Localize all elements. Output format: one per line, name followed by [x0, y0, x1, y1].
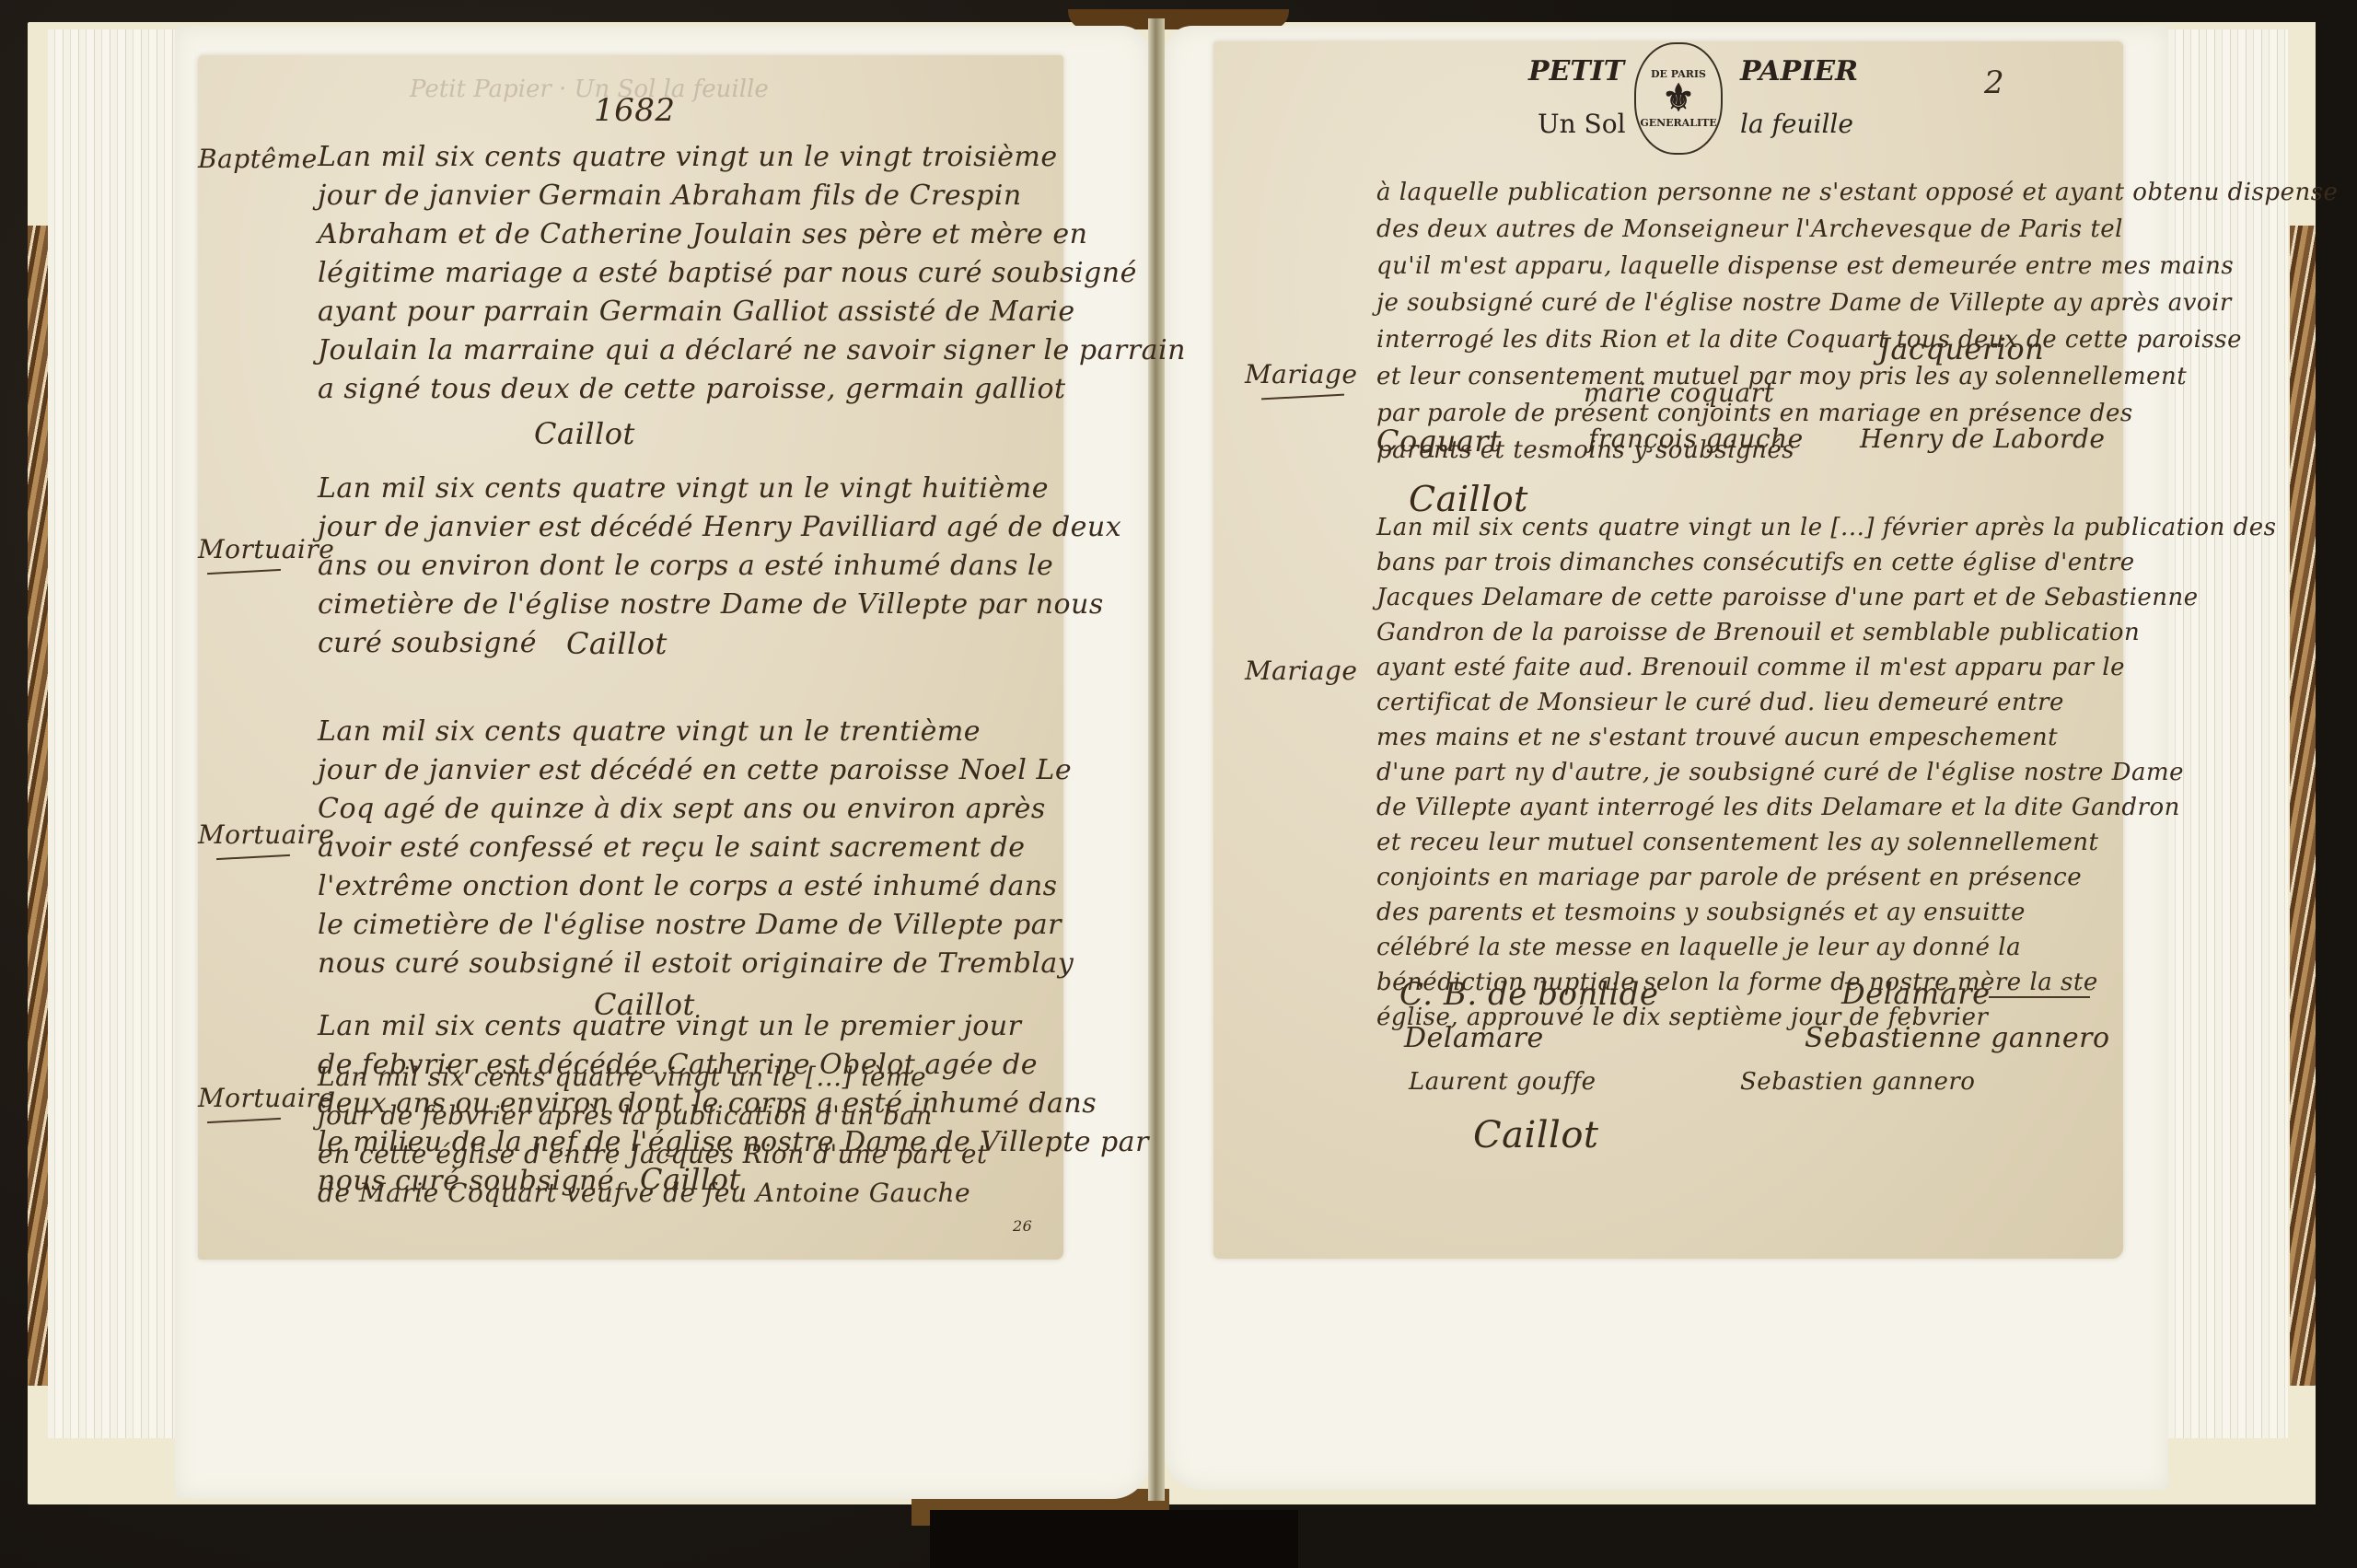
- entry-line: Lan mil six cents quatre vingt un le [..…: [1376, 516, 2276, 540]
- page-stack-left: [48, 29, 175, 1438]
- entry-line: en cette église d'entre Jacques Rion d'u…: [318, 1142, 988, 1167]
- entry-line: curé soubsigné: [318, 630, 537, 657]
- entry-line: Lan mil six cents quatre vingt un le [..…: [318, 1064, 926, 1090]
- entry-line: Abraham et de Catherine Joulain ses père…: [318, 221, 1087, 249]
- entry-line: certificat de Monsieur le curé dud. lieu…: [1376, 691, 2064, 714]
- marbled-edge-left: [28, 226, 48, 1386]
- entry-line: nous curé soubsigné il estoit originaire…: [318, 950, 1074, 978]
- stamp-word-la-feuille: la feuille: [1740, 109, 1853, 139]
- margin-label-mortuaire: Mortuaire: [198, 1083, 334, 1113]
- marbled-edge-right: [2290, 226, 2316, 1386]
- margin-label-mariage: Mariage: [1245, 656, 1357, 686]
- entry-line: a signé tous deux de cette paroisse, ger…: [318, 376, 1066, 403]
- signature-underline: [1989, 996, 2090, 998]
- margin-label-bapteme: Baptême: [198, 144, 318, 174]
- signature-caillot: Caillot: [566, 626, 668, 661]
- entry-line: des parents et tesmoins y soubsignés et …: [1376, 900, 2026, 924]
- margin-label-mortuaire: Mortuaire: [198, 819, 334, 850]
- signature-sebastienne-gannero: Sebastienne gannero: [1805, 1022, 2110, 1054]
- signature-henry-de-laborde: Henry de Laborde: [1860, 424, 2105, 454]
- entry-line: Coq agé de quinze à dix sept ans ou envi…: [318, 796, 1046, 823]
- entry-line: le cimetière de l'église nostre Dame de …: [318, 912, 1062, 939]
- entry-line: à laquelle publication personne ne s'est…: [1376, 180, 2338, 204]
- entry-line: Lan mil six cents quatre vingt un le tre…: [318, 718, 981, 746]
- fleur-de-lis-seal-icon: DE PARIS ⚜ GENERALITE: [1634, 42, 1723, 155]
- entry-line: jour de febvrier après la publication d'…: [318, 1103, 933, 1129]
- stamp-word-papier: PAPIER: [1740, 55, 1858, 87]
- entry-line: bans par trois dimanches consécutifs en …: [1376, 551, 2135, 575]
- entry-line: Jacques Delamare de cette paroisse d'une…: [1376, 586, 2199, 610]
- margin-label-mariage: Mariage: [1245, 359, 1357, 389]
- entry-line: et receu leur mutuel consentement les ay…: [1376, 830, 2098, 854]
- entry-line: qu'il m'est apparu, laquelle dispense es…: [1376, 254, 2234, 278]
- signature-delamare-2: Delamare: [1404, 1022, 1544, 1054]
- entry-line: des deux autres de Monseigneur l'Archeve…: [1376, 217, 2123, 241]
- page-stack-right: [2168, 29, 2288, 1438]
- seal-text-bottom: GENERALITE: [1640, 117, 1716, 129]
- entry-line: avoir esté confessé et reçu le saint sac…: [318, 834, 1026, 862]
- folio-number: 26: [1013, 1217, 1032, 1235]
- entry-line: Joulain la marraine qui a déclaré ne sav…: [318, 337, 1186, 365]
- entry-line: jour de janvier Germain Abraham fils de …: [318, 182, 1022, 210]
- margin-underline: [216, 854, 290, 860]
- entry-line: Lan mil six cents quatre vingt un le pre…: [318, 1013, 1021, 1040]
- entry-line: jour de janvier est décédé en cette paro…: [318, 757, 1072, 784]
- entry-line: légitime mariage a esté baptisé par nous…: [318, 260, 1137, 287]
- entry-line: Lan mil six cents quatre vingt un le vin…: [318, 475, 1049, 503]
- signature-coquart: Coquart: [1376, 424, 1502, 459]
- book-stand-shadow: [930, 1510, 1298, 1568]
- entry-line: je soubsigné curé de l'église nostre Dam…: [1376, 291, 2232, 315]
- book-gutter: [1148, 18, 1165, 1501]
- fleur-de-lis-icon: ⚜: [1662, 80, 1695, 117]
- signature-marie-coquart: marie coquart: [1584, 377, 1774, 408]
- entry-line: et leur consentement mutuel par moy pris…: [1376, 365, 2187, 389]
- entry-line: célébré la ste messe en laquelle je leur…: [1376, 935, 2021, 959]
- stamp-word-un-sol: Un Sol: [1538, 109, 1626, 139]
- signature-jacquerion: Jacquerion: [1878, 331, 2044, 366]
- entry-line: cimetière de l'église nostre Dame de Vil…: [318, 591, 1104, 619]
- year-heading: 1682: [594, 92, 676, 129]
- entry-line: Gandron de la paroisse de Brenouil et se…: [1376, 621, 2140, 645]
- faded-stamp-ghost: Petit Papier · Un Sol la feuille: [410, 75, 769, 103]
- signature-de-bonlide: C. B. de bonlide: [1399, 976, 1658, 1013]
- entry-line: interrogé les dits Rion et la dite Coqua…: [1376, 328, 2242, 352]
- signature-laurent-gouffe: Laurent gouffe: [1409, 1068, 1596, 1096]
- entry-line: de Villepte ayant interrogé les dits Del…: [1376, 796, 2180, 819]
- margin-underline: [207, 569, 281, 575]
- entry-line: ayant esté faite aud. Brenouil comme il …: [1376, 656, 2125, 679]
- entry-line: ayant pour parrain Germain Galliot assis…: [318, 298, 1075, 326]
- entry-line: l'extrême onction dont le corps a esté i…: [318, 873, 1058, 900]
- signature-delamare: Delamare: [1841, 976, 1991, 1011]
- entry-line: jour de janvier est décédé Henry Pavilli…: [318, 514, 1121, 541]
- page-number: 2: [1984, 64, 2004, 101]
- signature-caillot: Caillot: [1473, 1114, 1599, 1156]
- margin-underline: [207, 1118, 281, 1123]
- signature-caillot: Caillot: [534, 416, 635, 451]
- entry-line: conjoints en mariage par parole de prése…: [1376, 865, 2082, 889]
- entry-line: mes mains et ne s'estant trouvé aucun em…: [1376, 726, 2058, 749]
- entry-line: de Marie Coquart veufve de feu Antoine G…: [318, 1180, 970, 1206]
- signature-sebastien-gannero: Sebastien gannero: [1740, 1068, 1975, 1096]
- entry-line: d'une part ny d'autre, je soubsigné curé…: [1376, 761, 2184, 784]
- entry-line: ans ou environ dont le corps a esté inhu…: [318, 552, 1053, 580]
- margin-label-mortuaire: Mortuaire: [198, 534, 334, 564]
- stamp-word-petit: PETIT: [1528, 55, 1624, 87]
- signature-francois-gauche: françois gauche: [1588, 424, 1804, 454]
- tax-stamp-header: PETIT DE PARIS ⚜ GENERALITE PAPIER Un So…: [1510, 39, 1860, 177]
- entry-line: Lan mil six cents quatre vingt un le vin…: [318, 144, 1058, 171]
